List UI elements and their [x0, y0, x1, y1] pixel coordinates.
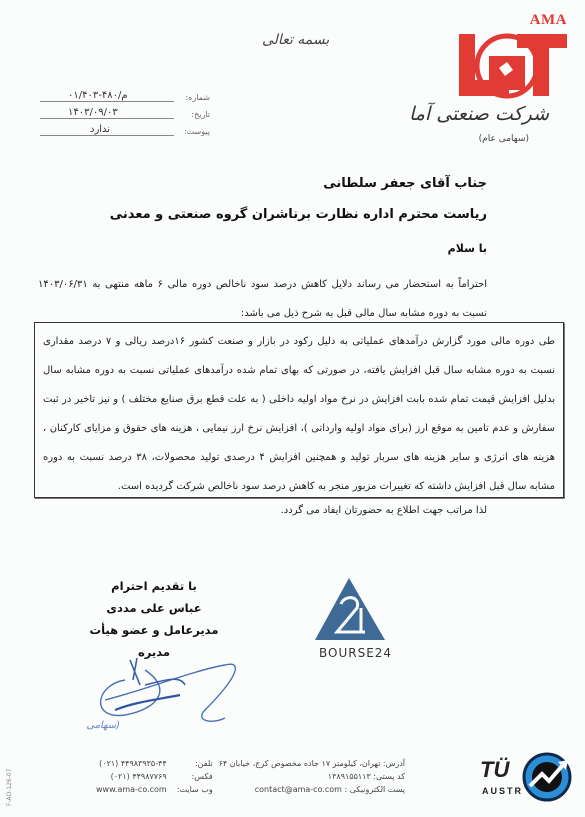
bourse24-text: BOURSE24 — [319, 646, 392, 660]
footer-fax-row: فکس: (۰۲۱) ۴۴۹۸۷۷۶۹ — [96, 770, 213, 783]
logo-en-text: AMA — [530, 12, 567, 29]
meta-date-value: ۱۴۰۳/۰۹/۰۳ — [68, 107, 118, 118]
signature-stamp-icon: (سهامی عام) — [85, 640, 245, 735]
signer-name: عباس علی مددی — [74, 597, 234, 619]
addressee-department: ریاست محترم اداره نظارت برناشران گروه صن… — [110, 207, 487, 222]
footer-email-link[interactable]: contact@ama-co.com — [255, 785, 342, 794]
regards-text: با تقدیم احترام — [74, 575, 234, 597]
form-code-text: F-AD-126-07 — [6, 768, 13, 806]
greeting: با سلام — [448, 242, 487, 255]
addressee-name: جناب آقای جعفر سلطانی — [323, 176, 487, 191]
meta-date-line: ۱۴۰۳/۰۹/۰۳ — [40, 109, 174, 119]
footer-website-row: وب سایت: www.ama-co.com — [96, 783, 213, 796]
company-name-fa: شرکت صنعتی آما — [409, 103, 549, 125]
footer-phone-value: (۰۲۱) ۴۴۹۸۳۹۳۵-۴۴ — [99, 757, 167, 770]
meta-number-row: شماره: ۰۱/۴۰۳-۴۸۰/م — [40, 85, 210, 102]
footer-contact: تلفن: (۰۲۱) ۴۴۹۸۳۹۳۵-۴۴ فکس: (۰۲۱) ۴۴۹۸۷… — [96, 757, 213, 796]
footer-email-row: پست الکترونیکی : contact@ama-co.com — [219, 783, 405, 796]
meta-attachment-label: پیوست: — [174, 127, 210, 136]
form-code: F-AD-126-07 — [2, 746, 22, 806]
footer-address: آدرس: تهران، کیلومتر ۱۷ جاده مخصوص کرج، … — [219, 757, 405, 796]
meta-number-line: ۰۱/۴۰۳-۴۸۰/م — [40, 92, 174, 102]
bourse24-watermark: BOURSE24 — [315, 578, 395, 660]
footer-website-link[interactable]: www.ama-co.com — [96, 783, 167, 796]
meta-attachment-line: ندارد — [40, 126, 174, 136]
certification-logo: TÜ AUSTR — [478, 752, 585, 812]
footer-website-label: وب سایت: — [171, 783, 213, 796]
meta-date-label: تاریخ: — [174, 110, 210, 119]
letter-meta: شماره: ۰۱/۴۰۳-۴۸۰/م تاریخ: ۱۴۰۳/۰۹/۰۳ پی… — [40, 85, 210, 136]
ama-logo-icon — [459, 30, 567, 102]
company-logo: AMA شرکت صنعتی آما (سهامی عام) — [452, 8, 577, 153]
meta-number-value: ۰۱/۴۰۳-۴۸۰/م — [68, 90, 128, 101]
footer-phone-label: تلفن: — [171, 757, 213, 770]
meta-date-row: تاریخ: ۱۴۰۳/۰۹/۰۳ — [40, 102, 210, 119]
footer-fax-value: (۰۲۱) ۴۴۹۸۷۷۶۹ — [111, 770, 167, 783]
footer-fax-label: فکس: — [171, 770, 213, 783]
company-type-fa: (سهامی عام) — [479, 134, 529, 144]
trend-badge-icon — [522, 752, 572, 802]
intro-paragraph: احتراماً به استحضار می رساند دلایل کاهش … — [38, 270, 487, 328]
footer-email-label: پست الکترونیکی : — [345, 785, 406, 794]
meta-attachment-value: ندارد — [90, 124, 110, 135]
footer-postal-code: کد پستی: ۱۳۸۹۱۵۵۱۱۳ — [219, 770, 405, 783]
meta-number-label: شماره: — [174, 93, 210, 102]
explanation-box: طی دوره مالی مورد گزارش درآمدهای عملیاتی… — [34, 322, 564, 498]
closing-line: لذا مراتب جهت اطلاع به حضورتان ایفاد می … — [281, 505, 487, 516]
meta-attachment-row: پیوست: ندارد — [40, 119, 210, 136]
footer-phone-row: تلفن: (۰۲۱) ۴۴۹۸۳۹۳۵-۴۴ — [96, 757, 213, 770]
invocation-text: بسمه تعالی — [262, 32, 329, 48]
svg-text:(سهامی عام): (سهامی عام) — [85, 720, 120, 731]
footer-address-line: آدرس: تهران، کیلومتر ۱۷ جاده مخصوص کرج، … — [219, 757, 405, 770]
cert-text: TÜ — [480, 757, 509, 783]
bourse24-logo-icon — [315, 578, 395, 644]
cert-subtext: AUSTR — [482, 786, 523, 796]
